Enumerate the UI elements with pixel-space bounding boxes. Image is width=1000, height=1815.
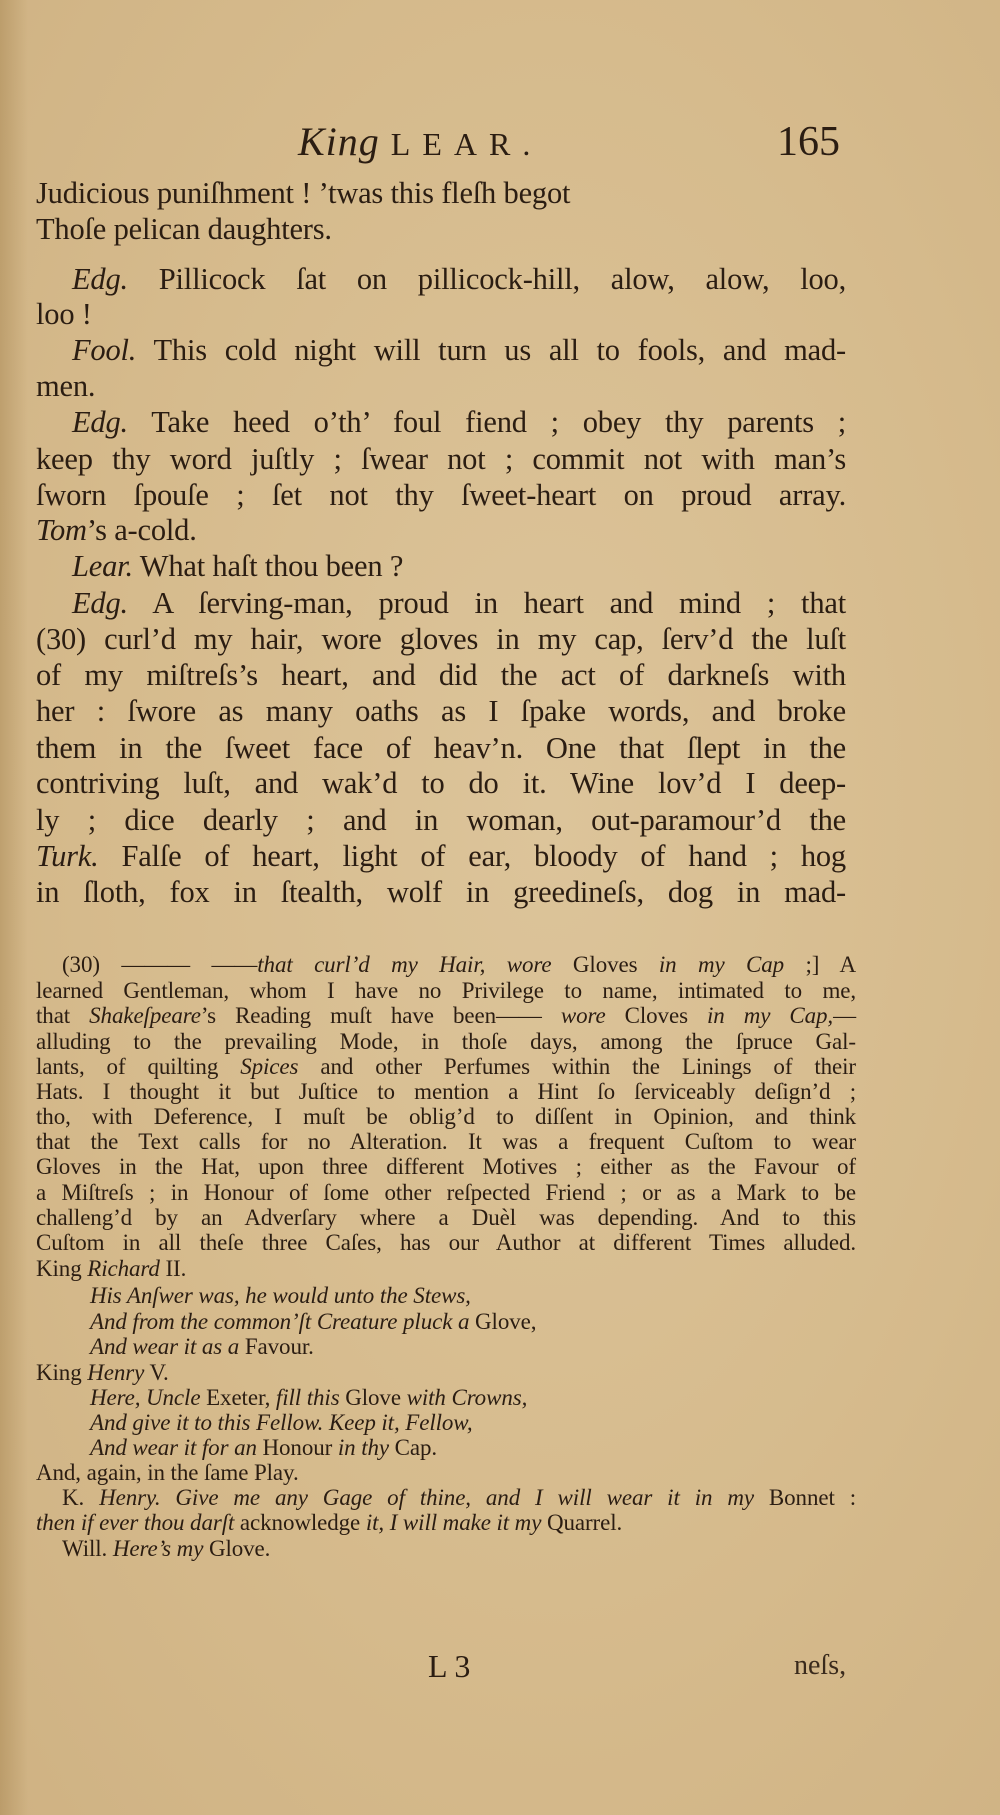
text-line: Turk. Falſe of heart, light of ear, bloo…	[36, 839, 846, 873]
text-line: Judicious puniſhment ! ’twas this fleſh …	[36, 176, 570, 210]
text-line: her : ſwore as many oaths as I ſpake wor…	[36, 694, 846, 728]
text-segment: lants, of quilting	[36, 1054, 240, 1079]
italic-text: Here’s my	[113, 1536, 203, 1561]
text-segment: V.	[144, 1360, 168, 1385]
text-line: ly ; dice dearly ; and in woman, out-par…	[36, 803, 846, 837]
text-segment: and other Perfumes within the Linings of…	[298, 1054, 856, 1079]
text-segment: King	[36, 1360, 87, 1385]
italic-text: Henry	[87, 1360, 144, 1385]
italic-text: Shakeſpeare	[89, 1003, 201, 1028]
book-page: King LEAR. 165 Judicious puniſhment ! ’t…	[0, 0, 1000, 1815]
text-segment: keep thy word juſtly ; ſwear not ; commi…	[36, 442, 846, 476]
speaker-or-italic-text: Edg.	[72, 405, 128, 439]
text-segment: Cloves	[606, 1003, 707, 1028]
text-segment: Cap.	[389, 1435, 437, 1460]
text-segment: And, again, in the ſame Play.	[36, 1460, 299, 1485]
text-segment: Quarrel.	[541, 1510, 622, 1535]
text-line: Edg. A ſerving-man, proud in heart and m…	[72, 586, 846, 620]
text-segment: ly ; dice dearly ; and in woman, out-par…	[36, 803, 846, 837]
text-segment: —	[833, 1003, 856, 1028]
text-line: contriving luſt, and wak’d to do it. Win…	[36, 766, 846, 800]
footnote-line: King Henry V.	[36, 1360, 169, 1386]
text-segment: ;] A	[784, 952, 856, 977]
footnote-line: And, again, in the ſame Play.	[36, 1460, 299, 1486]
text-segment: Hats. I thought it but Juſtice to mentio…	[36, 1079, 856, 1104]
text-segment: K.	[62, 1485, 99, 1510]
speaker-or-italic-text: Fool.	[72, 333, 136, 367]
footnote-line: alluding to the prevailing Mode, in thoſ…	[36, 1029, 856, 1055]
text-line: of my miſtreſs’s heart, and did the act …	[36, 658, 846, 692]
italic-text: it, I will make it my	[366, 1510, 541, 1535]
text-line: Edg. Take heed o’th’ foul fiend ; obey t…	[72, 405, 846, 439]
text-line: Lear. What haſt thou been ?	[72, 549, 403, 583]
footnote-line: Hats. I thought it but Juſtice to mentio…	[36, 1079, 856, 1105]
footnote-line: a Miſtreſs ; in Honour of ſome other reſ…	[36, 1180, 856, 1206]
text-segment: challeng’d by an Adverſary where a Duèl …	[36, 1205, 856, 1230]
text-line: Thoſe pelican daughters.	[36, 212, 332, 246]
italic-text: Spices	[240, 1054, 298, 1079]
text-segment: Gloves	[551, 952, 658, 977]
text-segment: a Miſtreſs ; in Honour of ſome other reſ…	[36, 1180, 856, 1205]
text-segment: Glove	[340, 1385, 407, 1410]
text-segment: loo !	[36, 297, 92, 331]
text-line: keep thy word juſtly ; ſwear not ; commi…	[36, 442, 846, 476]
speaker-or-italic-text: Lear.	[72, 549, 133, 583]
footnote-line: (30) ——— ——that curl’d my Hair, wore Glo…	[62, 952, 856, 978]
text-segment: Thoſe pelican daughters.	[36, 212, 332, 246]
footnote-line: learned Gentleman, whom I have no Privil…	[36, 978, 856, 1004]
footnote-line: that the Text calls for no Alteration. I…	[36, 1129, 856, 1155]
text-segment: her : ſwore as many oaths as I ſpake wor…	[36, 694, 846, 728]
header-title-caps: LEAR.	[391, 126, 543, 162]
text-segment: acknowledge	[234, 1510, 366, 1535]
text-segment: Glove.	[203, 1536, 270, 1561]
text-segment: II.	[160, 1256, 186, 1281]
text-segment: Exeter,	[200, 1385, 275, 1410]
footnote-line: challeng’d by an Adverſary where a Duèl …	[36, 1205, 856, 1231]
footnote-line: lants, of quilting Spices and other Perf…	[36, 1054, 856, 1080]
speaker-or-italic-text: Edg.	[72, 262, 128, 296]
footnote-line: King Richard II.	[36, 1256, 186, 1282]
text-segment: Will.	[62, 1536, 113, 1561]
footnote-line: tho, with Deference, I muſt be oblig’d t…	[36, 1104, 856, 1130]
text-segment: What haſt thou been ?	[133, 549, 403, 583]
signature-mark: L 3	[428, 1648, 470, 1685]
italic-text: in thy	[338, 1435, 389, 1460]
footnote-line: K. Henry. Give me any Gage of thine, and…	[62, 1485, 856, 1511]
footnote-line: then if ever thou darſt acknowledge it, …	[36, 1510, 622, 1536]
text-segment: them in the ſweet face of heav’n. One th…	[36, 731, 846, 765]
text-line: them in the ſweet face of heav’n. One th…	[36, 731, 846, 765]
text-line: men.	[36, 369, 95, 403]
text-segment: Honour	[257, 1435, 338, 1460]
footnote-line: And from the common’ſt Creature pluck a …	[90, 1309, 536, 1335]
text-segment: ’s a-cold.	[87, 513, 197, 547]
text-segment: King	[36, 1256, 87, 1281]
text-segment: Favour.	[239, 1334, 314, 1359]
text-line: Tom’s a-cold.	[36, 513, 197, 547]
italic-text: in my Cap,	[707, 1003, 833, 1028]
footnote-line: Here, Uncle Exeter, fill this Glove with…	[90, 1385, 527, 1411]
running-header-title: King LEAR.	[298, 118, 542, 165]
text-line: Fool. This cold night will turn us all t…	[72, 333, 846, 367]
text-segment: ſworn ſpouſe ; ſet not thy ſweet-heart o…	[36, 478, 846, 512]
footnote-line: His Anſwer was, he would unto the Stews,	[90, 1283, 471, 1309]
text-segment: ’s Reading muſt have been——	[201, 1003, 561, 1028]
italic-text: And from the common’ſt Creature pluck a	[90, 1309, 469, 1334]
page-number: 165	[777, 118, 840, 166]
footnote-line: Will. Here’s my Glove.	[62, 1536, 270, 1562]
italic-text: that curl’d my Hair, wore	[257, 952, 551, 977]
text-segment: Falſe of heart, light of ear, bloody of …	[99, 839, 846, 873]
text-segment: Glove,	[469, 1309, 536, 1334]
text-segment: (30) curl’d my hair, wore gloves in my c…	[36, 622, 846, 656]
text-segment: that	[36, 1003, 89, 1028]
text-segment: alluding to the prevailing Mode, in thoſ…	[36, 1029, 856, 1054]
header-title-italic: King	[298, 119, 380, 164]
text-segment: learned Gentleman, whom I have no Privil…	[36, 978, 856, 1003]
footnote-line: And wear it for an Honour in thy Cap.	[90, 1435, 437, 1461]
footnote-line: And wear it as a Favour.	[90, 1334, 314, 1360]
catchword: neſs,	[794, 1650, 846, 1682]
text-segment: of my miſtreſs’s heart, and did the act …	[36, 658, 846, 692]
text-segment: men.	[36, 369, 95, 403]
text-segment: Pillicock ſat on pillicock-hill, alow, a…	[128, 262, 846, 296]
text-segment: Bonnet :	[754, 1485, 856, 1510]
text-line: loo !	[36, 297, 92, 331]
text-segment: A ſerving-man, proud in heart and mind ;…	[128, 586, 846, 620]
italic-text: And wear it for an	[90, 1435, 257, 1460]
italic-text: Here, Uncle	[90, 1385, 200, 1410]
text-segment: Take heed o’th’ foul fiend ; obey thy pa…	[128, 405, 846, 439]
text-segment: Cuſtom in all theſe three Caſes, has our…	[36, 1230, 856, 1255]
text-line: in ſloth, fox in ſtealth, wolf in greedi…	[36, 875, 846, 909]
text-segment: contriving luſt, and wak’d to do it. Win…	[36, 766, 846, 800]
text-segment: that the Text calls for no Alteration. I…	[36, 1129, 856, 1154]
italic-text: then if ever thou darſt	[36, 1510, 234, 1535]
text-segment: in ſloth, fox in ſtealth, wolf in greedi…	[36, 875, 846, 909]
italic-text: Henry. Give me any Gage of thine, and I …	[99, 1485, 754, 1510]
speaker-or-italic-text: Tom	[36, 513, 87, 547]
italic-text: fill this	[276, 1385, 340, 1410]
italic-text: And wear it as a	[90, 1334, 239, 1359]
text-segment: This cold night will turn us all to fool…	[136, 333, 846, 367]
speaker-or-italic-text: Edg.	[72, 586, 128, 620]
italic-text: And give it to this Fellow. Keep it, Fel…	[90, 1410, 473, 1435]
footnote-line: Gloves in the Hat, upon three different …	[36, 1154, 856, 1180]
italic-text: wore	[561, 1003, 606, 1028]
italic-text: with Crowns,	[407, 1385, 528, 1410]
text-line: Edg. Pillicock ſat on pillicock-hill, al…	[72, 262, 846, 296]
text-segment: Judicious puniſhment ! ’twas this fleſh …	[36, 176, 570, 210]
italic-text: Richard	[87, 1256, 160, 1281]
speaker-or-italic-text: Turk.	[36, 839, 99, 873]
footnote-line: Cuſtom in all theſe three Caſes, has our…	[36, 1230, 856, 1256]
text-segment: (30) ——— ——	[62, 952, 257, 977]
text-line: (30) curl’d my hair, wore gloves in my c…	[36, 622, 846, 656]
text-segment: Gloves in the Hat, upon three different …	[36, 1154, 856, 1179]
footnote-line: that Shakeſpeare’s Reading muſt have bee…	[36, 1003, 856, 1029]
text-segment: tho, with Deference, I muſt be oblig’d t…	[36, 1104, 856, 1129]
italic-text: His Anſwer was, he would unto the Stews,	[90, 1283, 471, 1308]
text-line: ſworn ſpouſe ; ſet not thy ſweet-heart o…	[36, 478, 846, 512]
footnote-line: And give it to this Fellow. Keep it, Fel…	[90, 1410, 473, 1436]
italic-text: in my Cap	[659, 952, 784, 977]
